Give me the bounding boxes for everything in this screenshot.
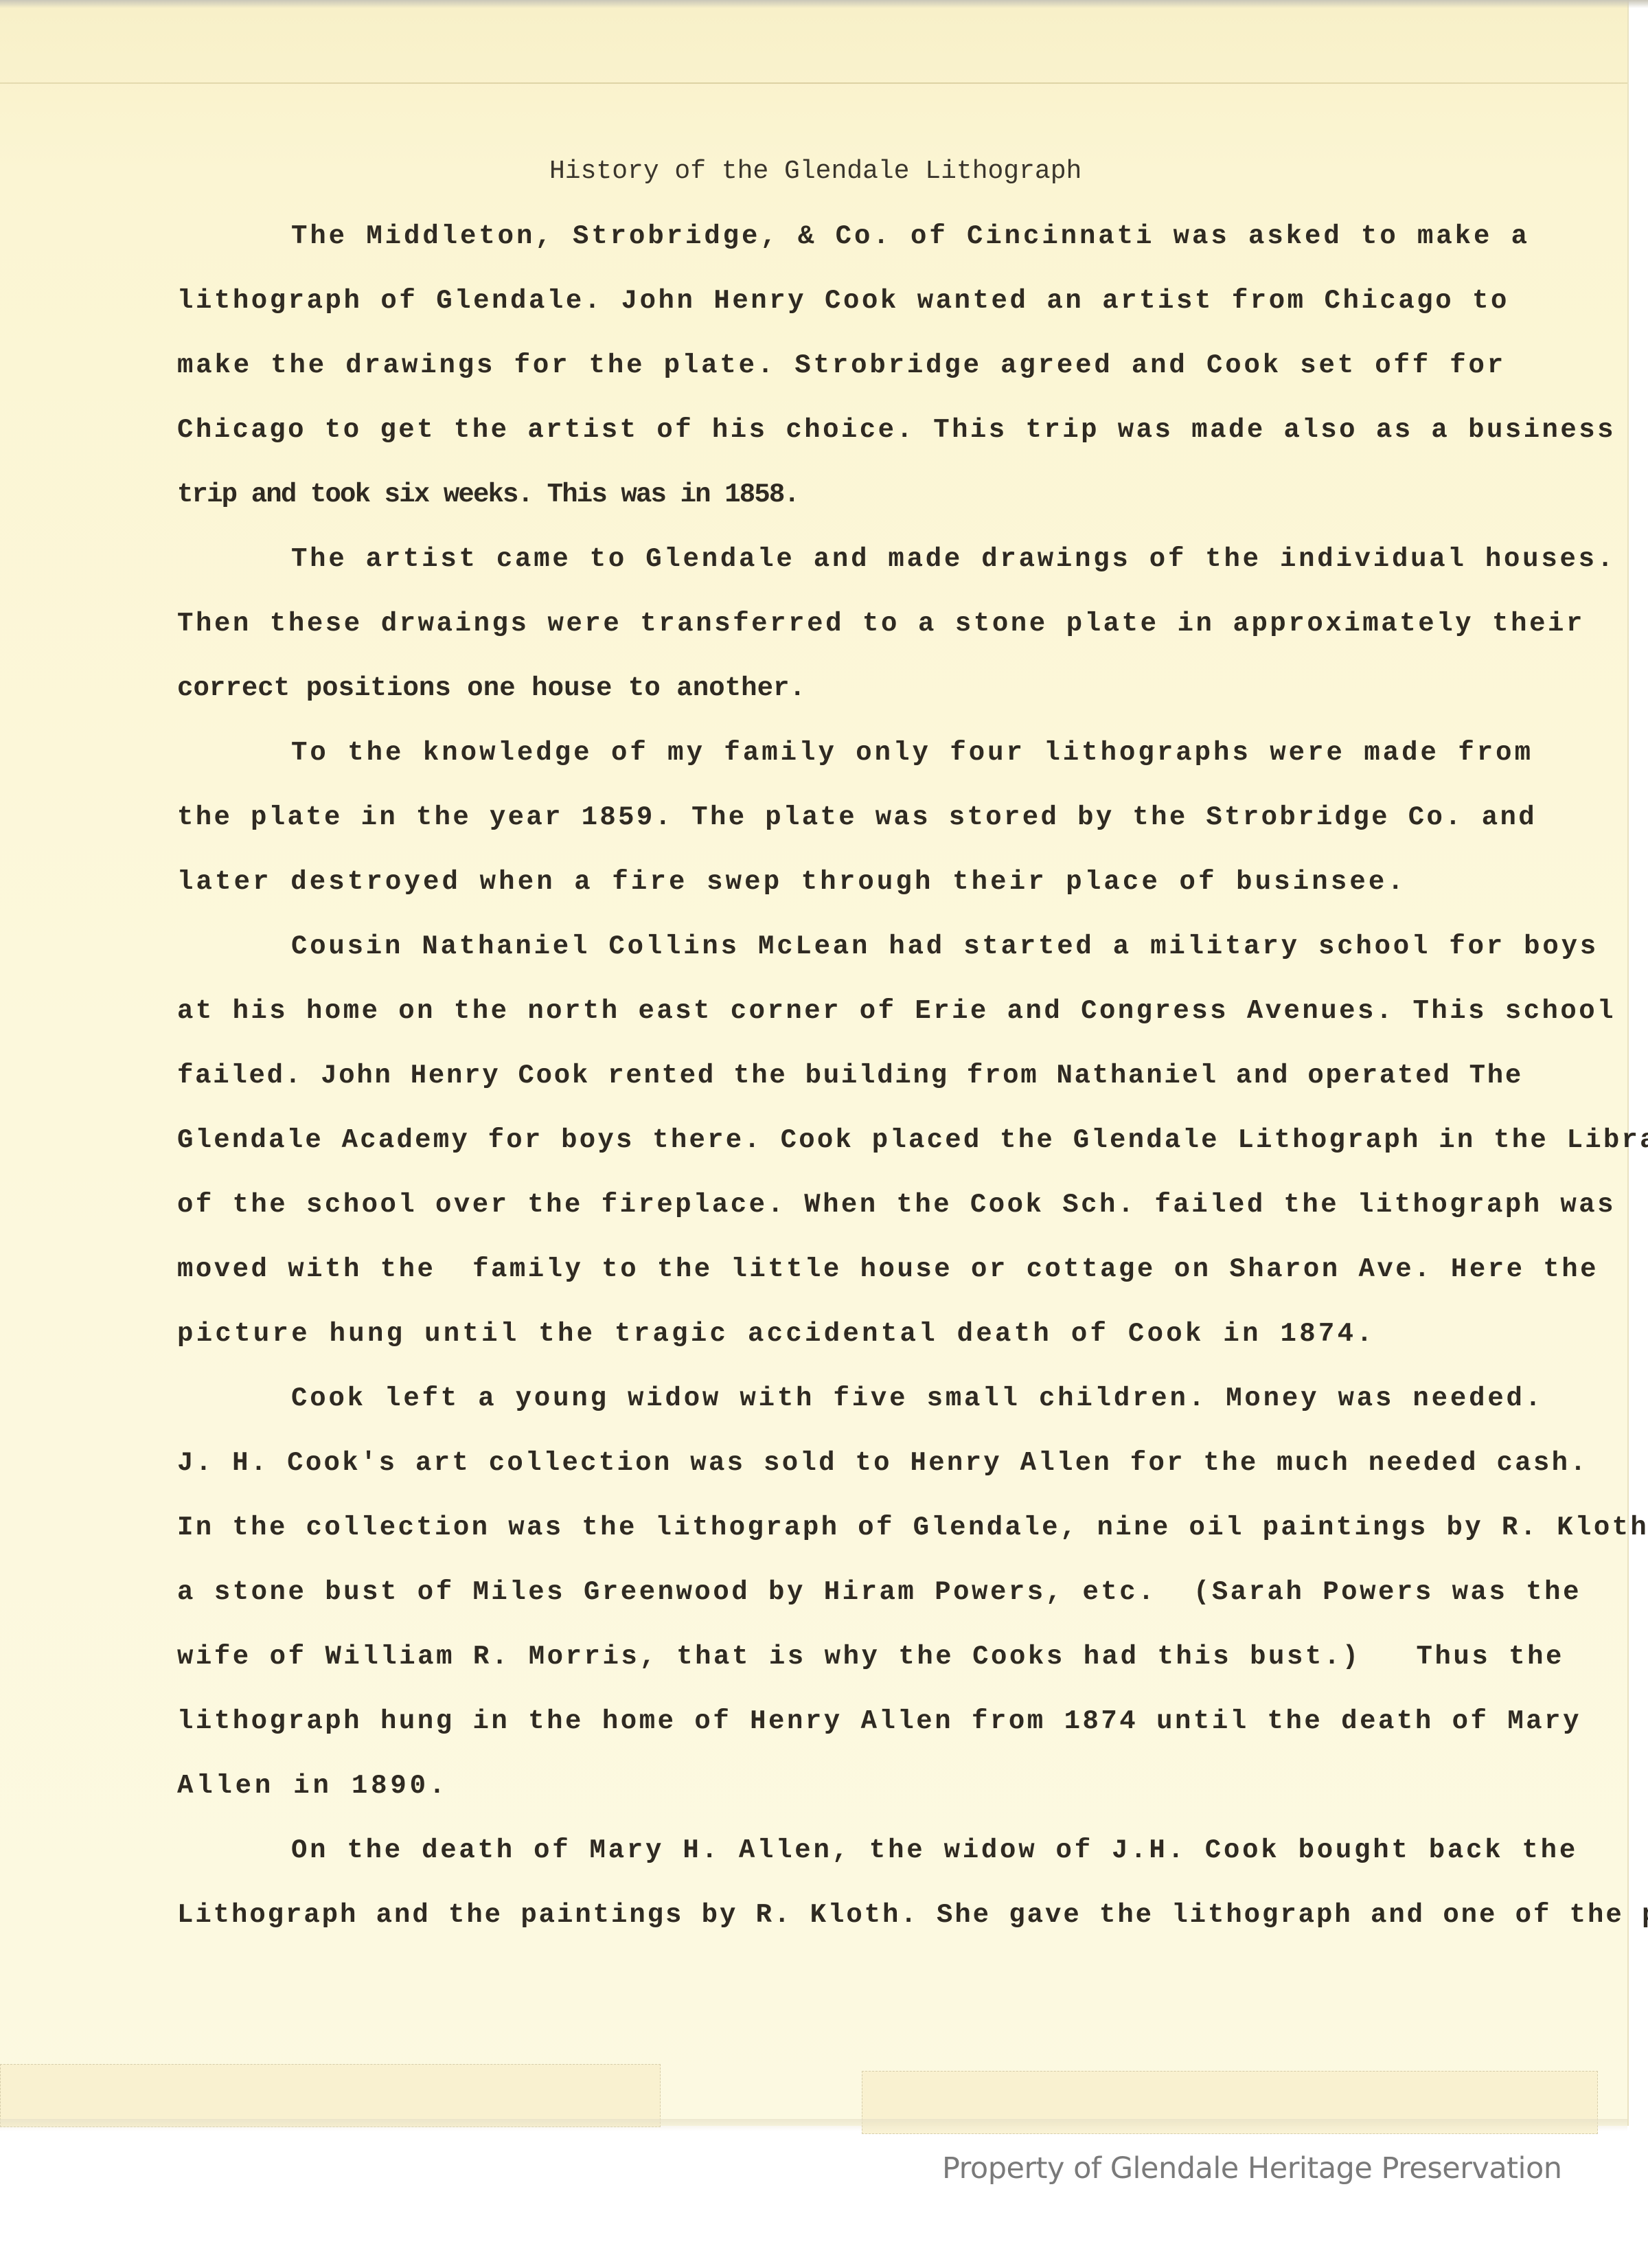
text-line: the plate in the year 1859. The plate wa… [177,802,1537,832]
text-line: On the death of Mary H. Allen, the widow… [291,1835,1578,1866]
text-line: Allen in 1890. [177,1771,448,1801]
text-line: To the knowledge of my family only four … [291,738,1533,768]
text-line: failed. John Henry Cook rented the build… [177,1061,1523,1091]
text-line: The artist came to Glendale and made dra… [291,544,1616,574]
text-line: Chicago to get the artist of his choice.… [177,415,1616,445]
text-line: trip and took six weeks. This was in 185… [177,479,799,510]
text-line: Cousin Nathaniel Collins McLean had star… [291,931,1599,962]
scan-top-shadow [0,0,1648,8]
text-line: of the school over the fireplace. When t… [177,1190,1616,1220]
text-line: Cook left a young widow with five small … [291,1383,1544,1414]
text-line: The Middleton, Strobridge, & Co. of Cinc… [291,221,1530,251]
tape-strip-left [0,2064,661,2127]
text-line: lithograph of Glendale. John Henry Cook … [177,286,1509,316]
text-line: later destroyed when a fire swep through… [177,867,1406,897]
text-line: a stone bust of Miles Greenwood by Hiram… [177,1577,1581,1607]
text-line: correct positions one house to another. [177,673,805,703]
text-line: moved with the family to the little hous… [177,1254,1599,1284]
text-line: make the drawings for the plate. Strobri… [177,350,1506,381]
watermark-text: Property of Glendale Heritage Preservati… [942,2151,1562,2186]
torn-bottom-edge [0,2119,1627,2131]
text-line: Glendale Academy for boys there. Cook pl… [177,1125,1648,1155]
text-line: In the collection was the lithograph of … [177,1512,1648,1543]
paper-fold-line [0,82,1627,84]
text-line: lithograph hung in the home of Henry All… [177,1706,1581,1736]
document-title: History of the Glendale Lithograph [549,157,1081,186]
text-line: picture hung until the tragic accidental… [177,1319,1375,1349]
text-line: Lithograph and the paintings by R. Kloth… [177,1900,1648,1930]
text-line: at his home on the north east corner of … [177,996,1616,1026]
text-line: wife of William R. Morris, that is why t… [177,1642,1564,1672]
text-line: J. H. Cook's art collection was sold to … [177,1448,1588,1478]
text-line: Then these drwaings were transferred to … [177,609,1585,639]
